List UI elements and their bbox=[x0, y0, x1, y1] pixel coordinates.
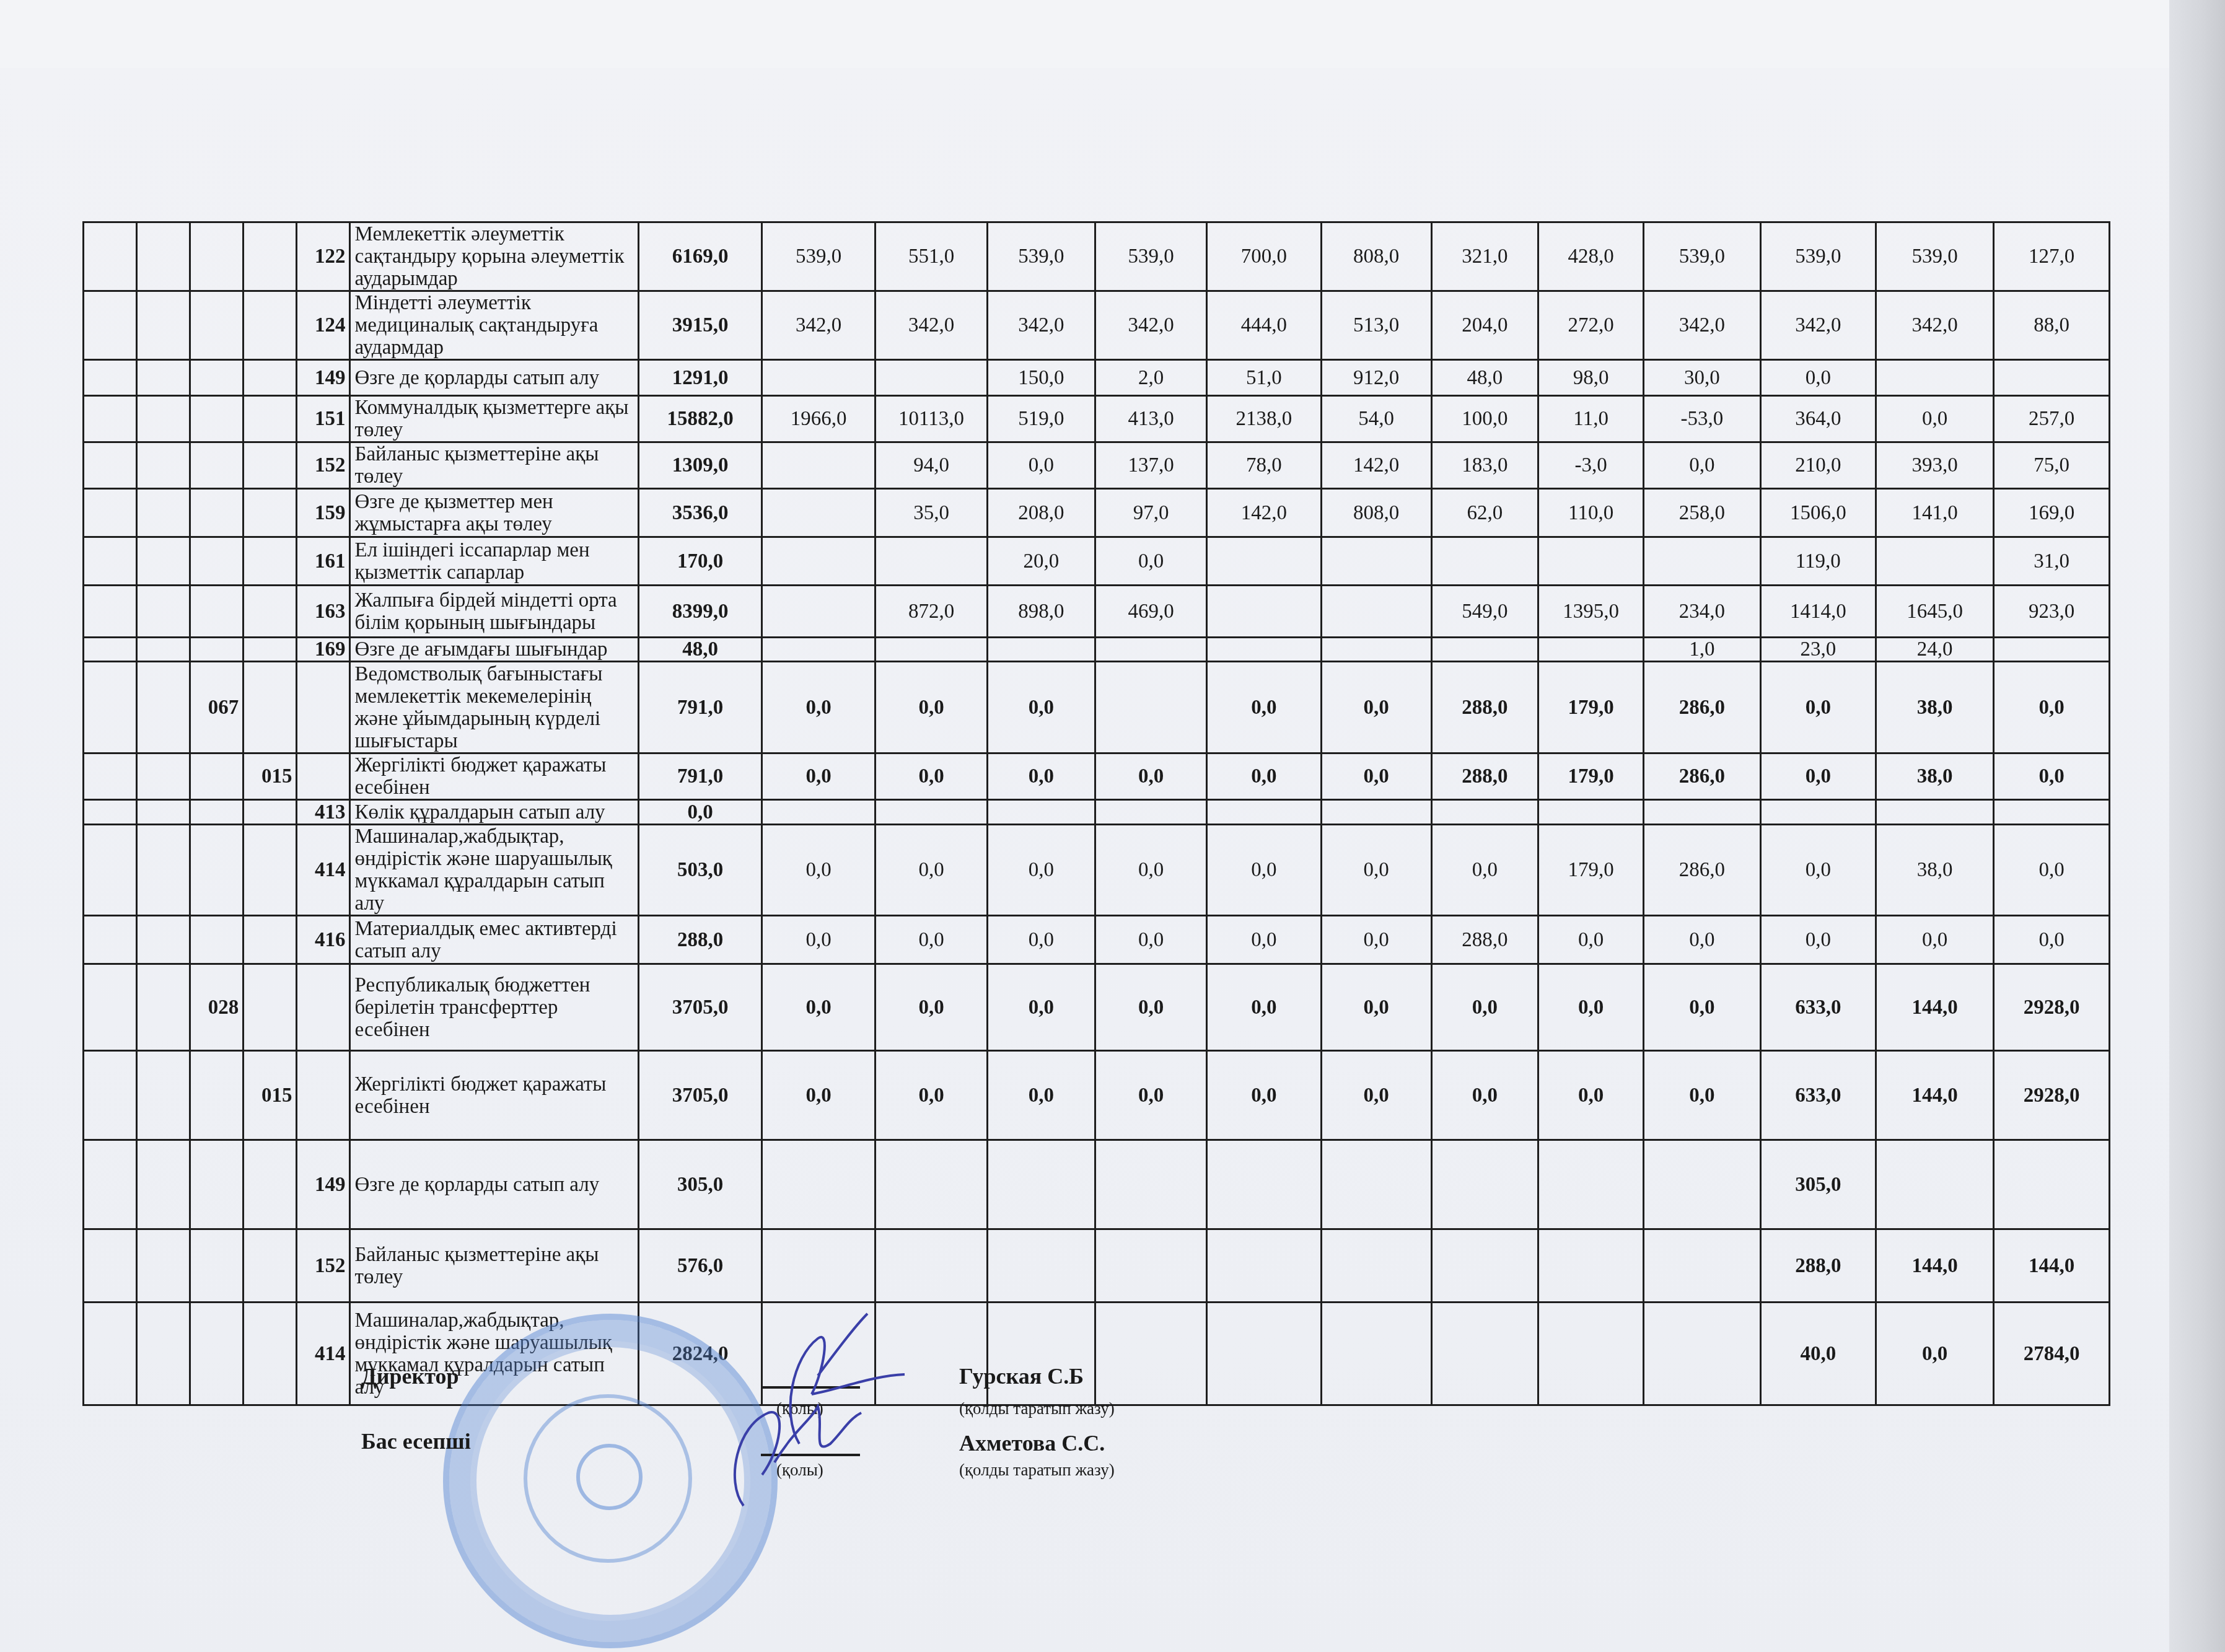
month-value-cell: 0,0 bbox=[1538, 964, 1644, 1051]
budget-table: 122Мемлекеттік әлеуметтік сақтандыру қор… bbox=[82, 221, 2110, 1406]
month-value-cell: 100,0 bbox=[1431, 396, 1538, 442]
month-value-cell: 0,0 bbox=[1095, 825, 1206, 916]
program-cell bbox=[190, 1229, 244, 1303]
month-value-cell: 342,0 bbox=[1644, 291, 1760, 360]
month-value-cell: 142,0 bbox=[1207, 489, 1321, 537]
month-value-cell: 10113,0 bbox=[876, 396, 987, 442]
month-value-cell: 0,0 bbox=[1207, 754, 1321, 800]
total-cell: 3705,0 bbox=[639, 964, 762, 1051]
specifics-code-cell: 414 bbox=[297, 825, 350, 916]
month-value-cell: 898,0 bbox=[987, 586, 1095, 638]
month-value-cell bbox=[1321, 586, 1431, 638]
month-value-cell: 872,0 bbox=[876, 586, 987, 638]
month-value-cell: 1966,0 bbox=[762, 396, 876, 442]
month-value-cell bbox=[1431, 1140, 1538, 1229]
total-cell: 791,0 bbox=[639, 662, 762, 754]
director-label: Директор bbox=[361, 1363, 459, 1389]
month-value-cell: 40,0 bbox=[1760, 1303, 1876, 1405]
month-value-cell: 137,0 bbox=[1095, 442, 1206, 489]
month-value-cell: 469,0 bbox=[1095, 586, 1206, 638]
month-value-cell: 539,0 bbox=[1760, 222, 1876, 291]
month-value-cell bbox=[1644, 1229, 1760, 1303]
month-value-cell: 62,0 bbox=[1431, 489, 1538, 537]
total-cell: 503,0 bbox=[639, 825, 762, 916]
month-value-cell: 0,0 bbox=[1644, 916, 1760, 964]
class-cell bbox=[137, 1303, 190, 1405]
month-value-cell: 2138,0 bbox=[1207, 396, 1321, 442]
month-value-cell: 633,0 bbox=[1760, 1051, 1876, 1140]
category-cell bbox=[84, 825, 137, 916]
month-value-cell: 0,0 bbox=[1644, 1051, 1760, 1140]
month-value-cell bbox=[876, 1140, 987, 1229]
month-value-cell bbox=[1431, 1229, 1538, 1303]
item-name-cell: Міндетті әлеуметтік медициналық сақтанды… bbox=[350, 291, 639, 360]
table-row: 067Ведомстволық бағыныстағы мемлекеттік … bbox=[84, 662, 2110, 754]
month-value-cell: 23,0 bbox=[1760, 638, 1876, 662]
class-cell bbox=[137, 825, 190, 916]
month-value-cell: 0,0 bbox=[1321, 754, 1431, 800]
specifics-code-cell: 169 bbox=[297, 638, 350, 662]
total-cell: 1309,0 bbox=[639, 442, 762, 489]
subprogram-cell bbox=[244, 360, 297, 396]
subprogram-cell bbox=[244, 222, 297, 291]
total-cell: 48,0 bbox=[639, 638, 762, 662]
month-value-cell bbox=[1431, 537, 1538, 586]
month-value-cell: 210,0 bbox=[1760, 442, 1876, 489]
month-value-cell: 0,0 bbox=[1994, 916, 2110, 964]
class-cell bbox=[137, 800, 190, 825]
month-value-cell: 20,0 bbox=[987, 537, 1095, 586]
month-value-cell: 0,0 bbox=[1538, 1051, 1644, 1140]
class-cell bbox=[137, 360, 190, 396]
table-row: 161Ел ішіндегі іссапарлар мен қызметтік … bbox=[84, 537, 2110, 586]
month-value-cell bbox=[1095, 662, 1206, 754]
month-value-cell bbox=[1538, 800, 1644, 825]
program-cell bbox=[190, 754, 244, 800]
month-value-cell: 272,0 bbox=[1538, 291, 1644, 360]
program-cell: 067 bbox=[190, 662, 244, 754]
month-value-cell: 38,0 bbox=[1876, 662, 1994, 754]
month-value-cell bbox=[1207, 586, 1321, 638]
month-value-cell bbox=[876, 1229, 987, 1303]
item-name-cell: Өзге де қорларды сатып алу bbox=[350, 1140, 639, 1229]
table-row: 149Өзге де қорларды сатып алу1291,0150,0… bbox=[84, 360, 2110, 396]
category-cell bbox=[84, 222, 137, 291]
month-value-cell bbox=[876, 537, 987, 586]
month-value-cell: 0,0 bbox=[1095, 916, 1206, 964]
month-value-cell bbox=[1760, 800, 1876, 825]
month-value-cell: 0,0 bbox=[762, 916, 876, 964]
month-value-cell: 35,0 bbox=[876, 489, 987, 537]
month-value-cell: 1,0 bbox=[1644, 638, 1760, 662]
table-row: 414Машиналар,жабдықтар, өндірістік және … bbox=[84, 1303, 2110, 1405]
month-value-cell: 98,0 bbox=[1538, 360, 1644, 396]
month-value-cell: 0,0 bbox=[1876, 916, 1994, 964]
class-cell bbox=[137, 754, 190, 800]
month-value-cell: 808,0 bbox=[1321, 489, 1431, 537]
subprogram-cell bbox=[244, 396, 297, 442]
table-row: 015Жергілікті бюджет қаражаты есебінен37… bbox=[84, 1051, 2110, 1140]
category-cell bbox=[84, 638, 137, 662]
class-cell bbox=[137, 1051, 190, 1140]
specifics-code-cell: 122 bbox=[297, 222, 350, 291]
total-cell: 15882,0 bbox=[639, 396, 762, 442]
class-cell bbox=[137, 916, 190, 964]
table-row: 152Байланыс қызметтеріне ақы төлеу576,02… bbox=[84, 1229, 2110, 1303]
scan-right-edge bbox=[2169, 0, 2225, 1652]
month-value-cell bbox=[876, 800, 987, 825]
month-value-cell bbox=[876, 360, 987, 396]
accountant-name: Ахметова С.С. bbox=[959, 1430, 1105, 1456]
month-value-cell: 286,0 bbox=[1644, 754, 1760, 800]
month-value-cell: 30,0 bbox=[1644, 360, 1760, 396]
subprogram-cell bbox=[244, 586, 297, 638]
month-value-cell: 0,0 bbox=[1095, 754, 1206, 800]
subprogram-cell bbox=[244, 800, 297, 825]
month-value-cell bbox=[762, 360, 876, 396]
month-value-cell bbox=[1431, 1303, 1538, 1405]
category-cell bbox=[84, 442, 137, 489]
month-value-cell: 2928,0 bbox=[1994, 1051, 2110, 1140]
month-value-cell: 0,0 bbox=[762, 662, 876, 754]
month-value-cell: 633,0 bbox=[1760, 964, 1876, 1051]
month-value-cell: 0,0 bbox=[987, 662, 1095, 754]
month-value-cell: 0,0 bbox=[1207, 964, 1321, 1051]
total-cell: 288,0 bbox=[639, 916, 762, 964]
month-value-cell bbox=[987, 800, 1095, 825]
month-value-cell: 0,0 bbox=[1431, 964, 1538, 1051]
category-cell bbox=[84, 662, 137, 754]
month-value-cell bbox=[1644, 1140, 1760, 1229]
month-value-cell bbox=[1207, 1303, 1321, 1405]
month-value-cell bbox=[1321, 638, 1431, 662]
month-value-cell bbox=[1095, 1140, 1206, 1229]
month-value-cell: 342,0 bbox=[762, 291, 876, 360]
month-value-cell: -3,0 bbox=[1538, 442, 1644, 489]
month-value-cell: 364,0 bbox=[1760, 396, 1876, 442]
month-value-cell: 51,0 bbox=[1207, 360, 1321, 396]
total-cell: 3536,0 bbox=[639, 489, 762, 537]
month-value-cell: 0,0 bbox=[876, 916, 987, 964]
subprogram-cell bbox=[244, 916, 297, 964]
item-name-cell: Көлік құралдарын сатып алу bbox=[350, 800, 639, 825]
month-value-cell bbox=[1207, 1140, 1321, 1229]
month-value-cell: 0,0 bbox=[1321, 825, 1431, 916]
specifics-code-cell: 161 bbox=[297, 537, 350, 586]
item-name-cell: Мемлекеттік әлеуметтік сақтандыру қорына… bbox=[350, 222, 639, 291]
accountant-label: Бас есепші bbox=[361, 1428, 471, 1454]
month-value-cell: 923,0 bbox=[1994, 586, 2110, 638]
total-cell: 0,0 bbox=[639, 800, 762, 825]
month-value-cell: 0,0 bbox=[876, 964, 987, 1051]
month-value-cell: 912,0 bbox=[1321, 360, 1431, 396]
class-cell bbox=[137, 442, 190, 489]
class-cell bbox=[137, 489, 190, 537]
month-value-cell bbox=[1207, 1229, 1321, 1303]
item-name-cell: Коммуналдық қызметтерге ақы төлеу bbox=[350, 396, 639, 442]
month-value-cell: 0,0 bbox=[987, 825, 1095, 916]
specifics-code-cell bbox=[297, 1051, 350, 1140]
month-value-cell bbox=[1994, 638, 2110, 662]
month-value-cell: 0,0 bbox=[762, 825, 876, 916]
month-value-cell bbox=[1207, 537, 1321, 586]
month-value-cell bbox=[1538, 638, 1644, 662]
table-row: 124Міндетті әлеуметтік медициналық сақта… bbox=[84, 291, 2110, 360]
month-value-cell bbox=[1538, 537, 1644, 586]
total-cell: 6169,0 bbox=[639, 222, 762, 291]
program-cell bbox=[190, 291, 244, 360]
specifics-code-cell bbox=[297, 754, 350, 800]
month-value-cell: 0,0 bbox=[1994, 754, 2110, 800]
class-cell bbox=[137, 662, 190, 754]
table-row: 414Машиналар,жабдықтар, өндірістік және … bbox=[84, 825, 2110, 916]
month-value-cell bbox=[1644, 800, 1760, 825]
month-value-cell: 0,0 bbox=[1644, 442, 1760, 489]
class-cell bbox=[137, 291, 190, 360]
category-cell bbox=[84, 396, 137, 442]
month-value-cell bbox=[987, 1303, 1095, 1405]
month-value-cell: 0,0 bbox=[876, 662, 987, 754]
month-value-cell bbox=[987, 1229, 1095, 1303]
month-value-cell: 288,0 bbox=[1431, 916, 1538, 964]
class-cell bbox=[137, 586, 190, 638]
category-cell bbox=[84, 1140, 137, 1229]
category-cell bbox=[84, 964, 137, 1051]
month-value-cell: 539,0 bbox=[1644, 222, 1760, 291]
month-value-cell bbox=[1538, 1229, 1644, 1303]
table-row: 169Өзге де ағымдағы шығындар48,01,023,02… bbox=[84, 638, 2110, 662]
category-cell bbox=[84, 291, 137, 360]
month-value-cell: 0,0 bbox=[1321, 1051, 1431, 1140]
accountant-name-caption: (қолды таратып жазу) bbox=[959, 1461, 1115, 1480]
subprogram-cell bbox=[244, 662, 297, 754]
item-name-cell: Машиналар,жабдықтар, өндірістік және шар… bbox=[350, 825, 639, 916]
month-value-cell: 119,0 bbox=[1760, 537, 1876, 586]
month-value-cell: 0,0 bbox=[1321, 916, 1431, 964]
month-value-cell bbox=[1321, 800, 1431, 825]
table-row: 163Жалпыға бірдей міндетті орта білім қо… bbox=[84, 586, 2110, 638]
month-value-cell bbox=[1207, 638, 1321, 662]
month-value-cell: 539,0 bbox=[1095, 222, 1206, 291]
item-name-cell: Өзге де қорларды сатып алу bbox=[350, 360, 639, 396]
month-value-cell: 700,0 bbox=[1207, 222, 1321, 291]
month-value-cell: 288,0 bbox=[1431, 754, 1538, 800]
specifics-code-cell: 159 bbox=[297, 489, 350, 537]
category-cell bbox=[84, 489, 137, 537]
director-name-caption: (қолды таратып жазу) bbox=[959, 1399, 1115, 1418]
month-value-cell: 0,0 bbox=[987, 1051, 1095, 1140]
total-cell: 8399,0 bbox=[639, 586, 762, 638]
total-cell: 1291,0 bbox=[639, 360, 762, 396]
specifics-code-cell: 163 bbox=[297, 586, 350, 638]
month-value-cell bbox=[1095, 638, 1206, 662]
month-value-cell: 257,0 bbox=[1994, 396, 2110, 442]
month-value-cell: 393,0 bbox=[1876, 442, 1994, 489]
month-value-cell: 0,0 bbox=[1538, 916, 1644, 964]
month-value-cell bbox=[987, 638, 1095, 662]
specifics-code-cell: 152 bbox=[297, 442, 350, 489]
program-cell bbox=[190, 800, 244, 825]
month-value-cell: 551,0 bbox=[876, 222, 987, 291]
specifics-code-cell: 413 bbox=[297, 800, 350, 825]
item-name-cell: Байланыс қызметтеріне ақы төлеу bbox=[350, 442, 639, 489]
month-value-cell: 144,0 bbox=[1876, 1229, 1994, 1303]
month-value-cell: 2,0 bbox=[1095, 360, 1206, 396]
month-value-cell: 0,0 bbox=[1994, 662, 2110, 754]
class-cell bbox=[137, 222, 190, 291]
month-value-cell: 305,0 bbox=[1760, 1140, 1876, 1229]
month-value-cell: 258,0 bbox=[1644, 489, 1760, 537]
month-value-cell: 97,0 bbox=[1095, 489, 1206, 537]
month-value-cell bbox=[1095, 1303, 1206, 1405]
month-value-cell: 11,0 bbox=[1538, 396, 1644, 442]
month-value-cell: 0,0 bbox=[1994, 825, 2110, 916]
month-value-cell bbox=[1321, 537, 1431, 586]
category-cell bbox=[84, 800, 137, 825]
specifics-code-cell: 149 bbox=[297, 360, 350, 396]
month-value-cell: 94,0 bbox=[876, 442, 987, 489]
specifics-code-cell: 152 bbox=[297, 1229, 350, 1303]
item-name-cell: Материалдық емес активтерді сатып алу bbox=[350, 916, 639, 964]
month-value-cell: 342,0 bbox=[1876, 291, 1994, 360]
accountant-signature-icon bbox=[706, 1388, 867, 1512]
month-value-cell: 2928,0 bbox=[1994, 964, 2110, 1051]
total-cell: 3915,0 bbox=[639, 291, 762, 360]
month-value-cell: 539,0 bbox=[1876, 222, 1994, 291]
month-value-cell: 208,0 bbox=[987, 489, 1095, 537]
month-value-cell: 24,0 bbox=[1876, 638, 1994, 662]
specifics-code-cell: 124 bbox=[297, 291, 350, 360]
month-value-cell: 0,0 bbox=[1876, 396, 1994, 442]
specifics-code-cell bbox=[297, 964, 350, 1051]
month-value-cell: 179,0 bbox=[1538, 825, 1644, 916]
month-value-cell bbox=[1321, 1140, 1431, 1229]
month-value-cell: 413,0 bbox=[1095, 396, 1206, 442]
subprogram-cell bbox=[244, 638, 297, 662]
month-value-cell: 342,0 bbox=[1095, 291, 1206, 360]
month-value-cell: 2784,0 bbox=[1994, 1303, 2110, 1405]
category-cell bbox=[84, 916, 137, 964]
month-value-cell: 1414,0 bbox=[1760, 586, 1876, 638]
item-name-cell: Байланыс қызметтеріне ақы төлеу bbox=[350, 1229, 639, 1303]
month-value-cell: 0,0 bbox=[987, 442, 1095, 489]
class-cell bbox=[137, 537, 190, 586]
item-name-cell: Жергілікті бюджет қаражаты есебінен bbox=[350, 754, 639, 800]
category-cell bbox=[84, 1051, 137, 1140]
month-value-cell: 1645,0 bbox=[1876, 586, 1994, 638]
month-value-cell: 0,0 bbox=[1095, 964, 1206, 1051]
program-cell bbox=[190, 825, 244, 916]
month-value-cell bbox=[1876, 1140, 1994, 1229]
month-value-cell: 444,0 bbox=[1207, 291, 1321, 360]
month-value-cell: 0,0 bbox=[1760, 360, 1876, 396]
month-value-cell: 0,0 bbox=[1644, 964, 1760, 1051]
month-value-cell: 0,0 bbox=[1207, 825, 1321, 916]
program-cell bbox=[190, 360, 244, 396]
month-value-cell bbox=[762, 586, 876, 638]
month-value-cell: 179,0 bbox=[1538, 754, 1644, 800]
director-name: Гурская С.Б bbox=[959, 1363, 1084, 1389]
subprogram-cell bbox=[244, 1140, 297, 1229]
month-value-cell bbox=[1095, 800, 1206, 825]
class-cell bbox=[137, 396, 190, 442]
month-value-cell: 286,0 bbox=[1644, 662, 1760, 754]
specifics-code-cell: 416 bbox=[297, 916, 350, 964]
month-value-cell: 183,0 bbox=[1431, 442, 1538, 489]
month-value-cell: 234,0 bbox=[1644, 586, 1760, 638]
month-value-cell bbox=[762, 638, 876, 662]
month-value-cell: 0,0 bbox=[1095, 537, 1206, 586]
month-value-cell bbox=[1431, 638, 1538, 662]
specifics-code-cell: 414 bbox=[297, 1303, 350, 1405]
month-value-cell: 150,0 bbox=[987, 360, 1095, 396]
month-value-cell: 0,0 bbox=[762, 964, 876, 1051]
subprogram-cell: 015 bbox=[244, 754, 297, 800]
stamp-emblem-core bbox=[576, 1444, 643, 1510]
month-value-cell: 539,0 bbox=[762, 222, 876, 291]
table-row: 149Өзге де қорларды сатып алу305,0305,0 bbox=[84, 1140, 2110, 1229]
month-value-cell: 0,0 bbox=[1760, 662, 1876, 754]
table-row: 416Материалдық емес активтерді сатып алу… bbox=[84, 916, 2110, 964]
month-value-cell: 288,0 bbox=[1760, 1229, 1876, 1303]
item-name-cell: Өзге де қызметтер мен жұмыстарға ақы төл… bbox=[350, 489, 639, 537]
month-value-cell bbox=[762, 537, 876, 586]
category-cell bbox=[84, 1229, 137, 1303]
month-value-cell bbox=[1644, 537, 1760, 586]
total-cell: 170,0 bbox=[639, 537, 762, 586]
month-value-cell bbox=[1538, 1140, 1644, 1229]
month-value-cell: 204,0 bbox=[1431, 291, 1538, 360]
month-value-cell: 0,0 bbox=[876, 1051, 987, 1140]
month-value-cell bbox=[1876, 537, 1994, 586]
month-value-cell: 0,0 bbox=[1760, 754, 1876, 800]
specifics-code-cell: 151 bbox=[297, 396, 350, 442]
month-value-cell: 1506,0 bbox=[1760, 489, 1876, 537]
category-cell bbox=[84, 754, 137, 800]
month-value-cell bbox=[762, 442, 876, 489]
month-value-cell: 0,0 bbox=[1760, 825, 1876, 916]
program-cell bbox=[190, 489, 244, 537]
program-cell bbox=[190, 1051, 244, 1140]
month-value-cell: 0,0 bbox=[1431, 825, 1538, 916]
item-name-cell: Ел ішіндегі іссапарлар мен қызметтік сап… bbox=[350, 537, 639, 586]
program-cell bbox=[190, 916, 244, 964]
table-row: 122Мемлекеттік әлеуметтік сақтандыру қор… bbox=[84, 222, 2110, 291]
month-value-cell: 0,0 bbox=[1321, 964, 1431, 1051]
month-value-cell bbox=[987, 1140, 1095, 1229]
month-value-cell: 110,0 bbox=[1538, 489, 1644, 537]
month-value-cell: 288,0 bbox=[1431, 662, 1538, 754]
category-cell bbox=[84, 1303, 137, 1405]
total-cell: 305,0 bbox=[639, 1140, 762, 1229]
month-value-cell bbox=[1876, 360, 1994, 396]
month-value-cell bbox=[1431, 800, 1538, 825]
table-row: 159Өзге де қызметтер мен жұмыстарға ақы … bbox=[84, 489, 2110, 537]
month-value-cell: 0,0 bbox=[1207, 662, 1321, 754]
month-value-cell: 549,0 bbox=[1431, 586, 1538, 638]
month-value-cell: 0,0 bbox=[1876, 1303, 1994, 1405]
program-cell bbox=[190, 1303, 244, 1405]
month-value-cell: 0,0 bbox=[987, 754, 1095, 800]
month-value-cell: 428,0 bbox=[1538, 222, 1644, 291]
month-value-cell bbox=[1321, 1303, 1431, 1405]
month-value-cell: 48,0 bbox=[1431, 360, 1538, 396]
month-value-cell: 142,0 bbox=[1321, 442, 1431, 489]
subprogram-cell bbox=[244, 1303, 297, 1405]
program-cell bbox=[190, 396, 244, 442]
specifics-code-cell: 149 bbox=[297, 1140, 350, 1229]
subprogram-cell bbox=[244, 1229, 297, 1303]
